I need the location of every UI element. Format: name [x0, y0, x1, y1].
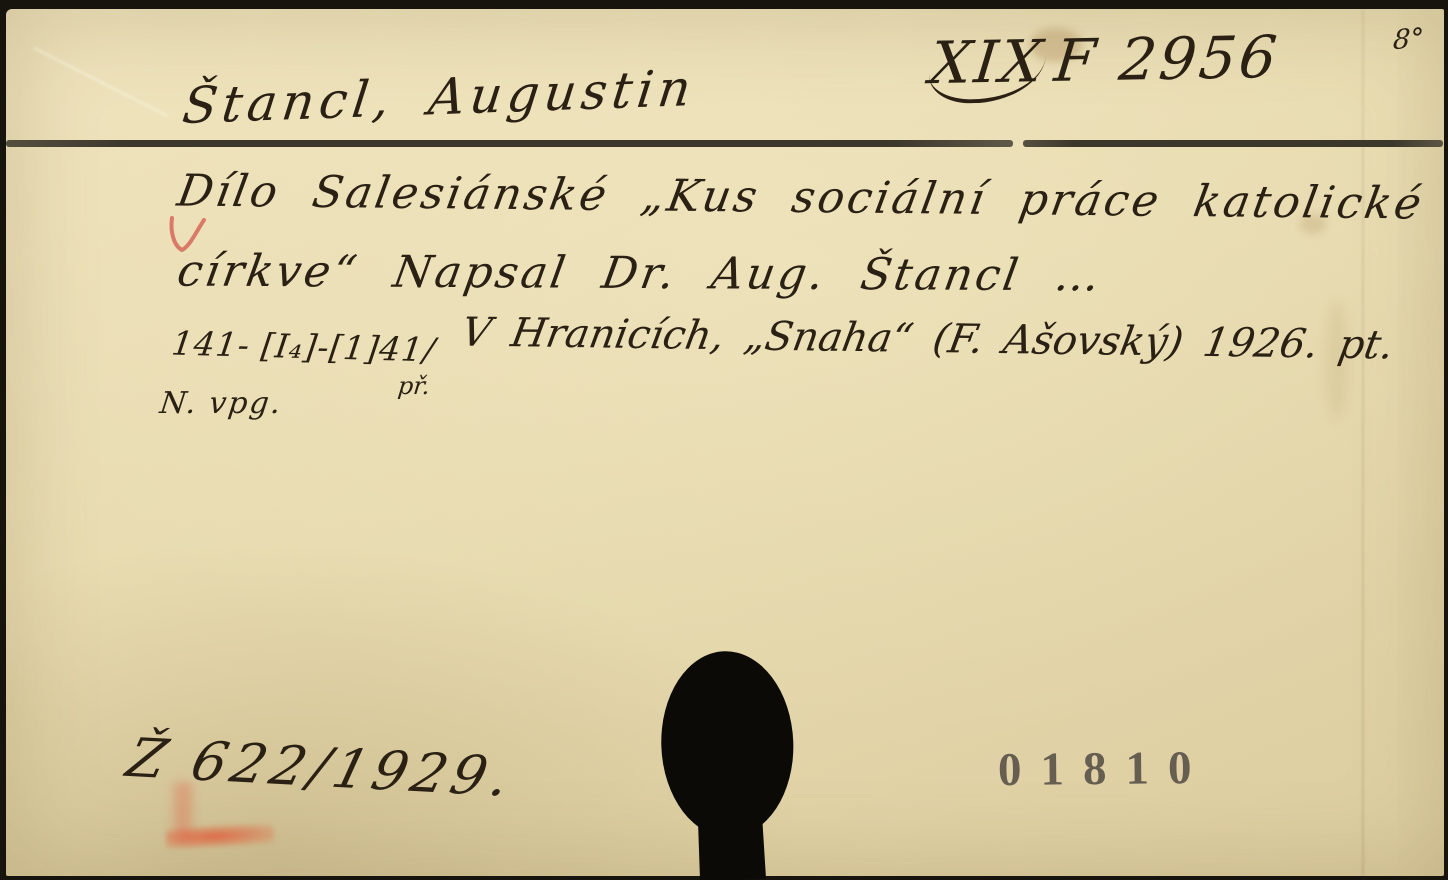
collation-statement: 141- [I₄]-[1]41/	[169, 324, 438, 370]
paper-crease	[34, 47, 169, 117]
call-number-value: F 2956	[1051, 23, 1282, 95]
scanned-catalog-card-page: Štancl, Augustin XIXF 2956 8° Dílo Sales…	[0, 0, 1448, 880]
note-line: N. vpg.	[158, 386, 285, 421]
punch-hole	[648, 648, 820, 880]
ruled-line-left-segment	[6, 140, 1013, 147]
format-note: 8°	[1392, 23, 1425, 56]
call-number-series: XIX	[926, 27, 1048, 104]
title-line-2: církve“ Napsal Dr. Aug. Štancl …	[174, 246, 1107, 302]
call-number: XIXF 2956	[926, 23, 1283, 104]
collation-note: př.	[397, 372, 432, 400]
stamped-number: 01810	[998, 741, 1211, 797]
ruled-line-right-segment	[1023, 140, 1443, 147]
